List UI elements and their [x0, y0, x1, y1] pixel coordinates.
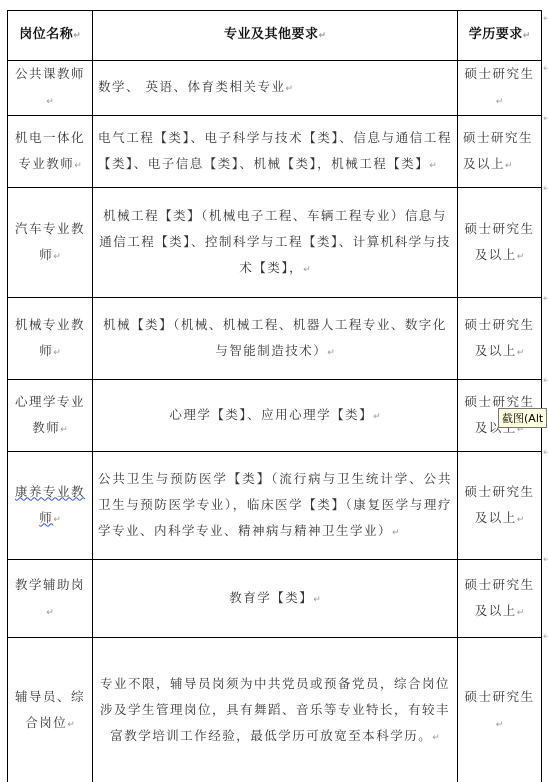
row-end-mark: ↵ — [543, 114, 548, 124]
requirements-cell: 公共卫生与预防医学【类】（流行病与卫生统计学、公共卫生与预防医学专业），临床医学… — [93, 452, 458, 560]
row-end-mark: ↵ — [543, 294, 548, 304]
table-row: 公共课教师↵ 数学、 英语、体育类相关专业↵ 硕士研究生↵ — [8, 61, 542, 116]
row-end-mark: ↵ — [543, 448, 548, 458]
header-education: 学历要求↵ — [458, 11, 542, 61]
position-cell: 公共课教师↵ — [8, 61, 93, 116]
requirements-cell: 心理学【类】、应用心理学【类】↵ — [93, 380, 458, 452]
requirements-cell: 机械工程【类】（机械电子工程、车辆工程专业）信息与通信工程【类】、控制科学与工程… — [93, 188, 458, 298]
requirements-cell: 教育学【类】↵ — [93, 560, 458, 638]
education-cell: 硕士研究生↵ — [458, 638, 542, 782]
education-cell: 硕士研究生及以上↵ — [458, 298, 542, 380]
requirements-cell: 专业不限，辅导员岗须为中共党员或预备党员，综合岗位涉及学生管理岗位，具有舞蹈、音… — [93, 638, 458, 782]
row-end-mark: ↵ — [543, 376, 548, 386]
row-end-mark: ↵ — [543, 555, 548, 565]
requirements-cell: 机械【类】（机械、机械工程、机器人工程专业、数字化与智能制造技术）↵ — [93, 298, 458, 380]
table-row: 机电一体化专业教师↵ 电气工程【类】、电子科学与技术【类】、信息与通信工程【类】… — [8, 116, 542, 188]
recruitment-table: 岗位名称↵ 专业及其他要求↵ 学历要求↵ 公共课教师↵ 数学、 英语、体育类相关… — [7, 10, 542, 782]
position-cell: 机电一体化专业教师↵ — [8, 116, 93, 188]
position-cell: 机械专业教师↵ — [8, 298, 93, 380]
row-end-mark: ↵ — [543, 14, 548, 24]
education-cell: 硕士研究生及以上↵ — [458, 560, 542, 638]
education-cell: 硕士研究生及以上↵ — [458, 452, 542, 560]
table-row: 汽车专业教师↵ 机械工程【类】（机械电子工程、车辆工程专业）信息与通信工程【类】… — [8, 188, 542, 298]
position-cell: 教学辅助岗↵ — [8, 560, 93, 638]
row-end-mark: ↵ — [543, 64, 548, 74]
table-row: 康养专业教师↵ 公共卫生与预防医学【类】（流行病与卫生统计学、公共卫生与预防医学… — [8, 452, 542, 560]
position-cell: 汽车专业教师↵ — [8, 188, 93, 298]
row-end-mark: ↵ — [543, 632, 548, 642]
screenshot-tooltip: 截图(Alt — [498, 408, 547, 428]
education-cell: 硕士研究生及以上↵ — [458, 188, 542, 298]
header-row: 岗位名称↵ 专业及其他要求↵ 学历要求↵ — [8, 11, 542, 61]
header-position: 岗位名称↵ — [8, 11, 93, 61]
table-row: 心理学专业教师↵ 心理学【类】、应用心理学【类】↵ 硕士研究生及以上↵ — [8, 380, 542, 452]
education-cell: 硕士研究生及以上↵ — [458, 116, 542, 188]
position-cell: 心理学专业教师↵ — [8, 380, 93, 452]
table-row: 机械专业教师↵ 机械【类】（机械、机械工程、机器人工程专业、数字化与智能制造技术… — [8, 298, 542, 380]
requirements-cell: 数学、 英语、体育类相关专业↵ — [93, 61, 458, 116]
position-cell: 辅导员、综合岗位↵ — [8, 638, 93, 782]
table-row: 辅导员、综合岗位↵ 专业不限，辅导员岗须为中共党员或预备党员，综合岗位涉及学生管… — [8, 638, 542, 782]
header-requirements: 专业及其他要求↵ — [93, 11, 458, 61]
spellcheck-underline: 康养专业教师 — [15, 484, 85, 525]
education-cell: 硕士研究生↵ — [458, 61, 542, 116]
table-row: 教学辅助岗↵ 教育学【类】↵ 硕士研究生及以上↵ — [8, 560, 542, 638]
requirements-cell: 电气工程【类】、电子科学与技术【类】、信息与通信工程【类】、电子信息【类】、机械… — [93, 116, 458, 188]
position-cell: 康养专业教师↵ — [8, 452, 93, 560]
row-end-mark: ↵ — [543, 184, 548, 194]
